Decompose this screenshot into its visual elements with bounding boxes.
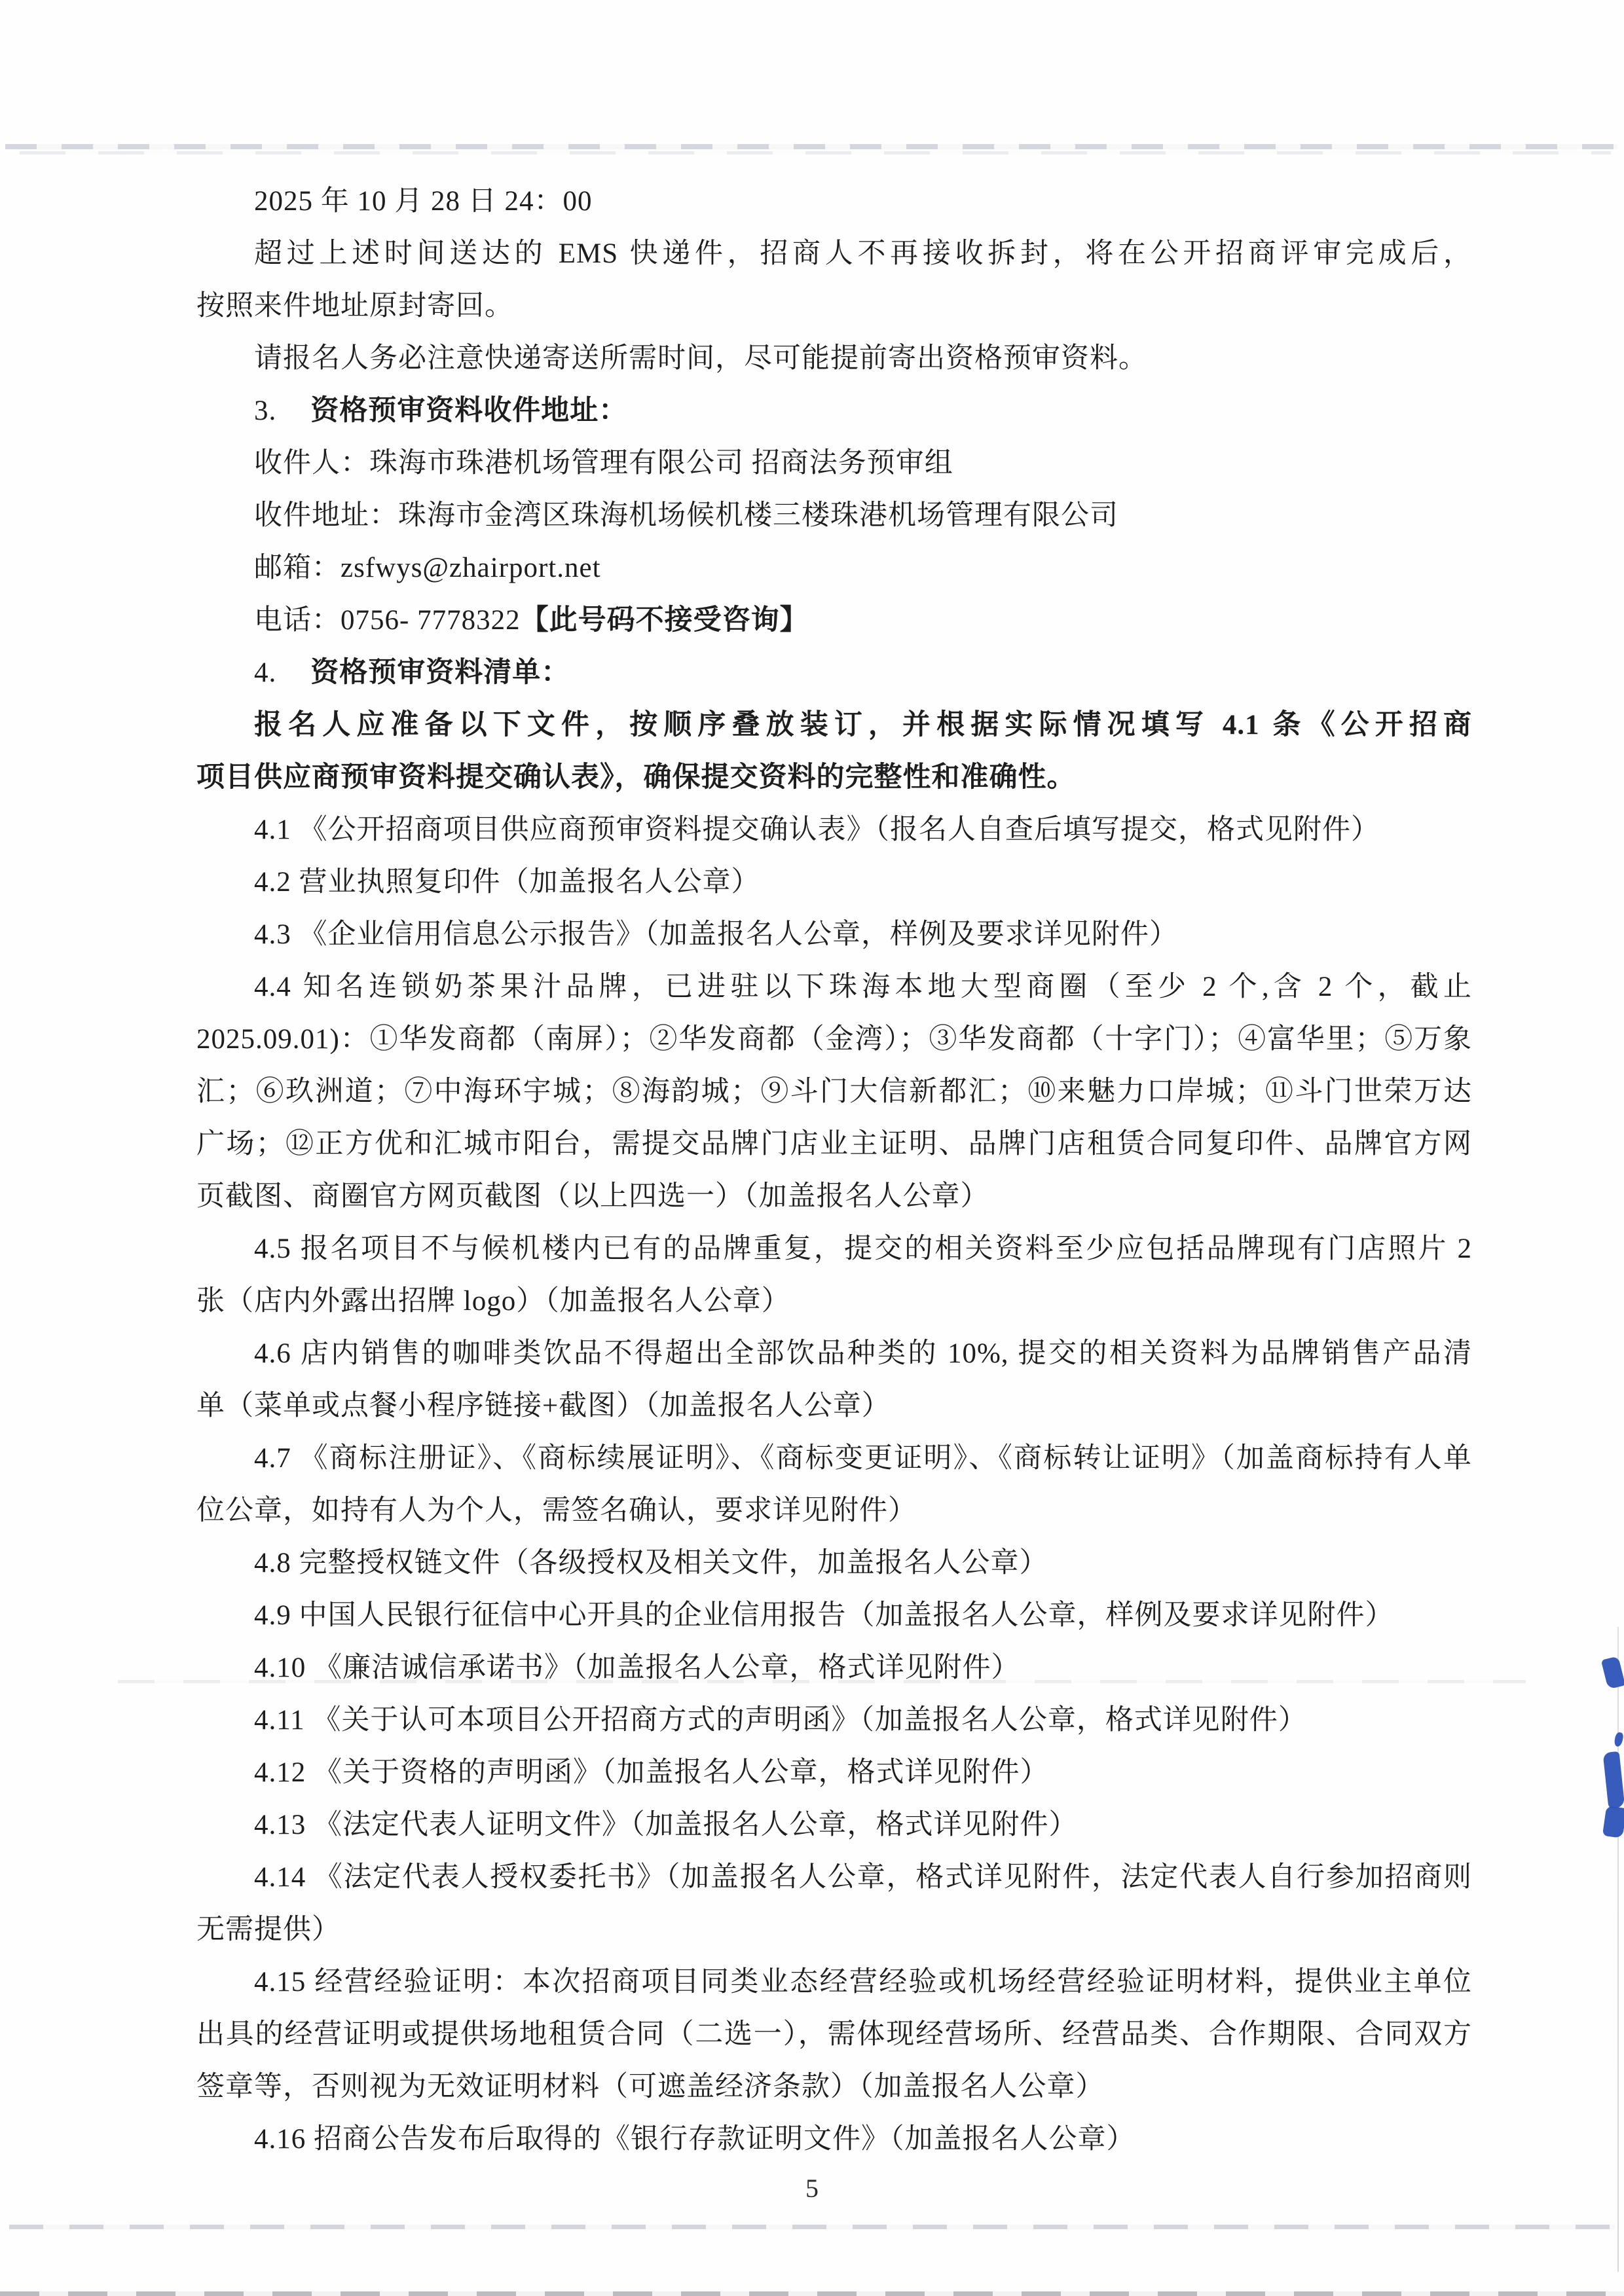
- phone-note: 【此号码不接受咨询】: [521, 605, 809, 636]
- address-line: 收件地址：珠海市金湾区珠海机场候机楼三楼珠港机场管理有限公司: [196, 490, 1472, 542]
- scan-artifact-band-low: [9, 2225, 1615, 2229]
- list-item-4-4-line-5: 页截图、商圈官方网页截图（以上四选一）（加盖报名人公章）: [196, 1171, 1472, 1223]
- section-3-heading: 3.资格预审资料收件地址：: [196, 385, 1472, 437]
- scan-artifact-band-top: [5, 144, 1617, 149]
- blue-ink-smudge: [1603, 1751, 1624, 1809]
- list-item-4-3: 4.3 《企业信用信息公示报告》（加盖报名人公章，样例及要求详见附件）: [196, 909, 1472, 961]
- ems-paragraph-line-1: 超过上述时间送达的 EMS 快递件，招商人不再接收拆封，将在公开招商评审完成后，: [196, 228, 1472, 280]
- page-number: 5: [0, 2174, 1624, 2204]
- phone-line: 电话：0756- 7778322【此号码不接受咨询】: [196, 594, 1472, 647]
- list-item-4-16: 4.16 招商公告发布后取得的《银行存款证明文件》（加盖报名人公章）: [196, 2113, 1472, 2166]
- list-item-4-12: 4.12 《关于资格的声明函》（加盖报名人公章，格式详见附件）: [196, 1747, 1472, 1799]
- prepare-paragraph-line-1: 报名人应准备以下文件，按顺序叠放装订，并根据实际情况填写 4.1 条《公开招商: [196, 699, 1472, 752]
- blue-ink-smudge: [1602, 1806, 1624, 1838]
- section-4-heading: 4.资格预审资料清单：: [196, 647, 1472, 699]
- section-4-number: 4.: [254, 657, 276, 688]
- list-item-4-7-line-1: 4.7 《商标注册证》、《商标续展证明》、《商标变更证明》、《商标转让证明》（加…: [196, 1432, 1472, 1485]
- list-item-4-4-line-3: 汇；⑥玖洲道；⑦中海环宇城；⑧海韵城；⑨斗门大信新都汇；⑩来魅力口岸城；⑪斗门世…: [196, 1066, 1472, 1118]
- list-item-4-8: 4.8 完整授权链文件（各级授权及相关文件，加盖报名人公章）: [196, 1537, 1472, 1590]
- list-item-4-13: 4.13 《法定代表人证明文件》（加盖报名人公章，格式详见附件）: [196, 1799, 1472, 1851]
- scan-artifact-band-bottom: [0, 2291, 1624, 2296]
- list-item-4-6-line-1: 4.6 店内销售的咖啡类饮品不得超出全部饮品种类的 10%, 提交的相关资料为品…: [196, 1328, 1472, 1380]
- section-3-title: 资格预审资料收件地址：: [310, 395, 627, 426]
- list-item-4-4-line-1: 4.4 知名连锁奶茶果汁品牌，已进驻以下珠海本地大型商圈（至少 2 个,含 2 …: [196, 961, 1472, 1013]
- document-body: 2025 年 10 月 28 日 24：00 超过上述时间送达的 EMS 快递件…: [196, 175, 1472, 2166]
- list-item-4-14-line-2: 无需提供）: [196, 1904, 1472, 1956]
- list-item-4-9: 4.9 中国人民银行征信中心开具的企业信用报告（加盖报名人公章，样例及要求详见附…: [196, 1590, 1472, 1642]
- list-item-4-5-line-2: 张（店内外露出招牌 logo）（加盖报名人公章）: [196, 1275, 1472, 1328]
- list-item-4-10: 4.10 《廉洁诚信承诺书》（加盖报名人公章，格式详见附件）: [196, 1642, 1472, 1694]
- section-4-title: 资格预审资料清单：: [310, 657, 570, 688]
- list-item-4-5-line-1: 4.5 报名项目不与候机楼内已有的品牌重复，提交的相关资料至少应包括品牌现有门店…: [196, 1223, 1472, 1275]
- blue-ink-smudge: [1614, 1732, 1624, 1747]
- blue-ink-smudge: [1601, 1656, 1624, 1689]
- list-item-4-15-line-1: 4.15 经营经验证明：本次招商项目同类业态经营经验或机场经营经验证明材料，提供…: [196, 1956, 1472, 2009]
- deadline-date-line: 2025 年 10 月 28 日 24：00: [196, 175, 1472, 228]
- list-item-4-15-line-3: 签章等，否则视为无效证明材料（可遮盖经济条款）（加盖报名人公章）: [196, 2061, 1472, 2113]
- list-item-4-4-line-4: 广场；⑫正方优和汇城市阳台，需提交品牌门店业主证明、品牌门店租赁合同复印件、品牌…: [196, 1118, 1472, 1171]
- scanned-document-page: 2025 年 10 月 28 日 24：00 超过上述时间送达的 EMS 快递件…: [0, 0, 1624, 2296]
- notice-paragraph: 请报名人务必注意快递寄送所需时间，尽可能提前寄出资格预审资料。: [196, 333, 1472, 385]
- list-item-4-1: 4.1 《公开招商项目供应商预审资料提交确认表》（报名人自查后填写提交，格式见附…: [196, 804, 1472, 856]
- phone-value: 电话：0756- 7778322: [254, 605, 521, 636]
- list-item-4-11: 4.11 《关于认可本项目公开招商方式的声明函》（加盖报名人公章，格式详见附件）: [196, 1694, 1472, 1747]
- section-3-number: 3.: [254, 395, 276, 426]
- list-item-4-4-line-2: 2025.09.01)：①华发商都（南屏）；②华发商都（金湾）；③华发商都（十字…: [196, 1013, 1472, 1066]
- list-item-4-2: 4.2 营业执照复印件（加盖报名人公章）: [196, 856, 1472, 909]
- list-item-4-7-line-2: 位公章，如持有人为个人，需签名确认，要求详见附件）: [196, 1485, 1472, 1537]
- scan-artifact-band-top-2: [20, 151, 1611, 155]
- list-item-4-15-line-2: 出具的经营证明或提供场地租赁合同（二选一），需体现经营场所、经营品类、合作期限、…: [196, 2009, 1472, 2061]
- prepare-paragraph-line-2: 项目供应商预审资料提交确认表》，确保提交资料的完整性和准确性。: [196, 752, 1472, 804]
- list-item-4-14-line-1: 4.14 《法定代表人授权委托书》（加盖报名人公章，格式详见附件，法定代表人自行…: [196, 1851, 1472, 1904]
- ems-paragraph-line-2: 按照来件地址原封寄回。: [196, 280, 1472, 333]
- email-line: 邮箱：zsfwys@zhairport.net: [196, 542, 1472, 594]
- list-item-4-6-line-2: 单（菜单或点餐小程序链接+截图）（加盖报名人公章）: [196, 1380, 1472, 1432]
- recipient-line: 收件人：珠海市珠港机场管理有限公司 招商法务预审组: [196, 437, 1472, 490]
